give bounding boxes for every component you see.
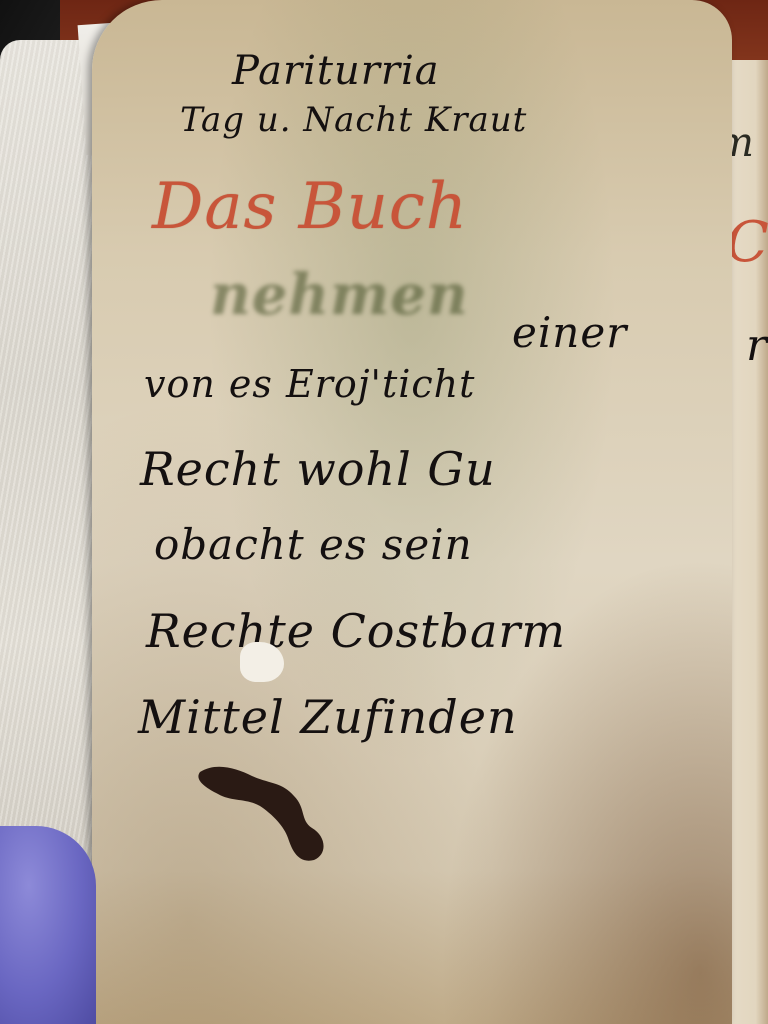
- manuscript-page: Pariturria Tag u. Nacht Kraut nehmen Das…: [92, 0, 732, 1024]
- body-line-3: Recht wohl Gu: [140, 442, 496, 496]
- red-title: Das Buch: [152, 170, 468, 244]
- burn-hole: [196, 762, 330, 862]
- heading-line-1: Pariturria: [232, 48, 440, 94]
- offset-ghost-text: nehmen: [210, 262, 469, 328]
- body-line-2: von es Eroj'ticht: [144, 362, 475, 406]
- paper-tear: [240, 642, 284, 682]
- heading-line-2: Tag u. Nacht Kraut: [180, 100, 527, 140]
- adjacent-red-letter: C: [726, 210, 768, 275]
- adjacent-black-letter: r: [746, 320, 767, 371]
- body-line-1: einer: [512, 308, 627, 357]
- gloved-hand: [0, 826, 96, 1024]
- body-line-4: obacht es sein: [154, 520, 473, 569]
- body-line-5: Rechte Costbarm: [146, 604, 566, 658]
- body-line-6: Mittel Zufinden: [138, 690, 518, 744]
